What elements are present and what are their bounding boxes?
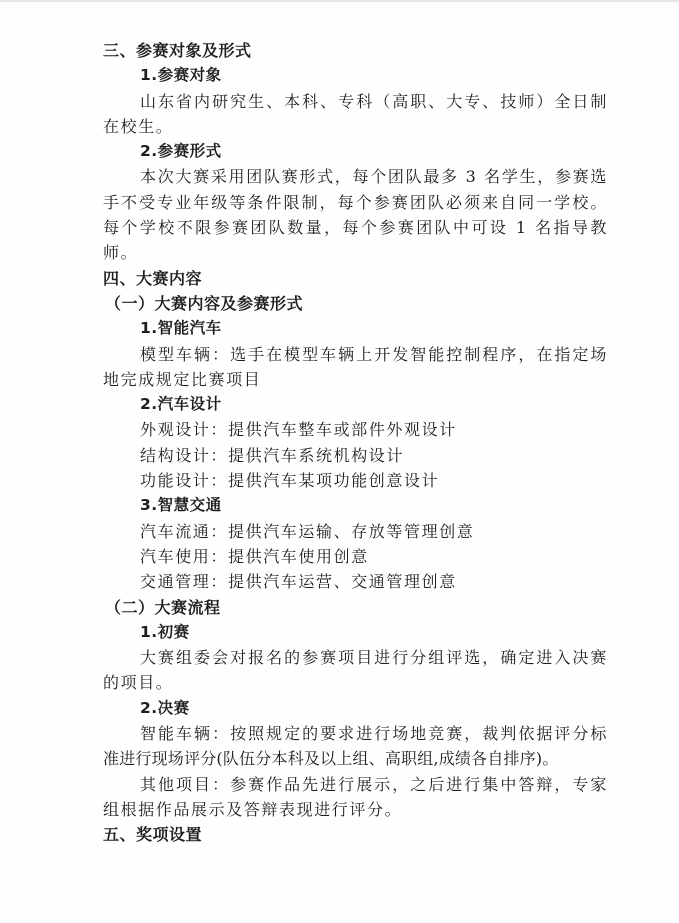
paragraph-line: 每个学校不限参赛团队数量，每个参赛团队中可设 1 名指导教 [103, 215, 608, 240]
paragraph-line: 的项目。 [103, 670, 608, 695]
paragraph-line: 手不受专业年级等条件限制，每个参赛团队必须来自同一学校。 [103, 190, 608, 215]
paragraph-line: 智能车辆：按照规定的要求进行场地竞赛，裁判依据评分标 [103, 721, 608, 746]
paragraph-line: 本次大赛采用团队赛形式，每个团队最多 3 名学生，参赛选 [103, 164, 608, 189]
subsection-title-format: 2.参赛形式 [103, 139, 608, 164]
list-item: 外观设计：提供汽车整车或部件外观设计 [103, 417, 608, 442]
paragraph-line: 其他项目：参赛作品先进行展示，之后进行集中答辩，专家 [103, 772, 608, 797]
list-item: 汽车使用：提供汽车使用创意 [103, 544, 608, 569]
paragraph-line: 师。 [103, 240, 608, 265]
subsection-title-final: 2.决赛 [103, 696, 608, 721]
paragraph-line: 地完成规定比赛项目 [103, 367, 608, 392]
subsection-title-smart-traffic: 3.智慧交通 [103, 493, 608, 518]
part-heading-content: （一）大赛内容及参赛形式 [103, 291, 608, 316]
page-top-edge [0, 0, 679, 2]
paragraph-line: 大赛组委会对报名的参赛项目进行分组评选，确定进入决赛 [103, 645, 608, 670]
list-item: 结构设计：提供汽车系统机构设计 [103, 443, 608, 468]
paragraph-line: 山东省内研究生、本科、专科（高职、大专、技师）全日制 [103, 89, 608, 114]
subsection-title-participants: 1.参赛对象 [103, 63, 608, 88]
section-heading-5: 五、奖项设置 [103, 822, 608, 847]
paragraph-line: 模型车辆：选手在模型车辆上开发智能控制程序，在指定场 [103, 342, 608, 367]
part-heading-process: （二）大赛流程 [103, 595, 608, 620]
subsection-title-smart-car: 1.智能汽车 [103, 316, 608, 341]
subsection-title-preliminary: 1.初赛 [103, 620, 608, 645]
paragraph-line: 组根据作品展示及答辩表现进行评分。 [103, 797, 608, 822]
section-heading-4: 四、大赛内容 [103, 266, 608, 291]
list-item: 功能设计：提供汽车某项功能创意设计 [103, 468, 608, 493]
paragraph-line: 准进行现场评分(队伍分本科及以上组、高职组,成绩各自排序)。 [103, 746, 608, 771]
list-item: 汽车流通：提供汽车运输、存放等管理创意 [103, 519, 608, 544]
document-page: 三、参赛对象及形式 1.参赛对象 山东省内研究生、本科、专科（高职、大专、技师）… [103, 38, 608, 848]
paragraph-line: 在校生。 [103, 114, 608, 139]
section-heading-3: 三、参赛对象及形式 [103, 38, 608, 63]
subsection-title-car-design: 2.汽车设计 [103, 392, 608, 417]
list-item: 交通管理：提供汽车运营、交通管理创意 [103, 569, 608, 594]
